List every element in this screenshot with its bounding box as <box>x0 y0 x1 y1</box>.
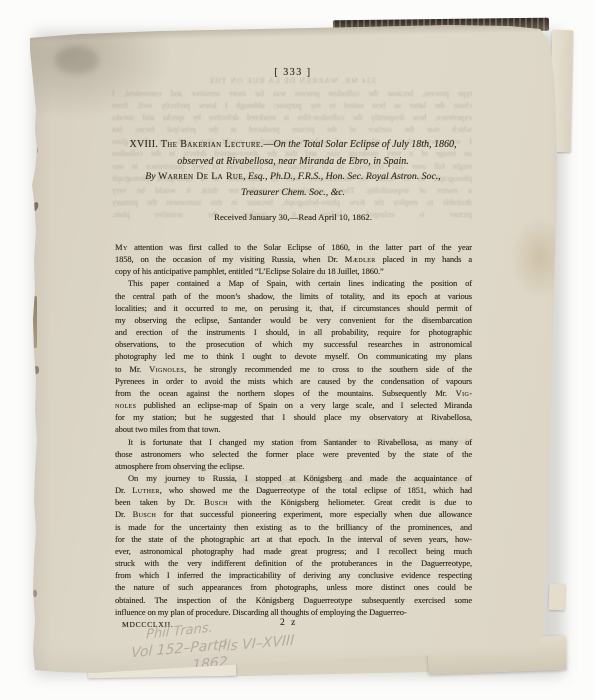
paper-stain <box>55 46 99 74</box>
bleedthrough-line: experience, how frequently the collodion… <box>112 112 472 124</box>
body-line: about two miles from that town. <box>115 423 472 435</box>
binding-stitch-mark <box>32 201 40 211</box>
body-line: observations, to the prosecution of whic… <box>115 338 472 350</box>
body-text: My attention was first called to the Sol… <box>115 241 472 618</box>
title-dash: — <box>264 139 274 150</box>
document-page: 334 MR. WARREN DE LA RUE ON THE type pro… <box>0 0 594 700</box>
body-line: to Mr. Vignoles, he strongly recommended… <box>115 363 472 375</box>
body-line: ever, astronomical photography had made … <box>115 545 472 557</box>
body-line: for my station; but he suggested that I … <box>115 411 472 423</box>
byline: By Warren De La Rue, Esq., Ph.D., F.R.S.… <box>108 169 478 200</box>
body-line: from the ocean against the northern slop… <box>115 387 472 399</box>
page-number: [ 333 ] <box>115 67 471 78</box>
binding-stitch-mark <box>33 590 37 597</box>
bleedthrough-line: type process, because the collodion proc… <box>112 88 472 100</box>
title-italic-2: observed at Rivabellosa, near Miranda de… <box>177 156 409 167</box>
body-line: for the state of the photographic art at… <box>115 533 472 545</box>
body-line: been taken by Dr. Busch with the Königsb… <box>115 496 472 508</box>
byline-line-1: By Warren De La Rue, Esq., Ph.D., F.R.S.… <box>108 169 478 185</box>
body-line: My attention was first called to the Sol… <box>115 241 472 253</box>
body-line: those astronomers who selected the forme… <box>115 448 472 460</box>
body-line: copy of his anticipative pamphlet, entit… <box>115 265 472 277</box>
bleedthrough-line: chose the latter as best suited to my pu… <box>112 100 472 112</box>
body-line: 1858, on the occasion of my visiting Rus… <box>115 253 472 265</box>
body-line: struck with the very indifferent definit… <box>115 557 472 569</box>
bleedthrough-line: which mar the surface of the picture pro… <box>112 124 472 136</box>
body-line: Pyrenees in order to avoid the mists whi… <box>115 375 472 387</box>
lecture-label: The Bakerian Lecture. <box>161 139 264 150</box>
photo-background: 334 MR. WARREN DE LA RUE ON THE type pro… <box>0 0 594 700</box>
signature-mark: 2 z <box>280 618 297 628</box>
body-line: atmosphere from observing the eclipse. <box>115 460 472 472</box>
body-line: It is fortunate that I changed my statio… <box>115 436 472 448</box>
title-italic-1: On the Total Solar Eclipse of July 18th,… <box>274 139 457 150</box>
body-line: is made for the uncertainty then existin… <box>115 521 472 533</box>
body-line: noles published an eclipse-map of Spain … <box>115 399 472 411</box>
body-line: On my journey to Russia, I stopped at Kö… <box>115 472 472 484</box>
body-line: obtained. The inspection of the Königsbe… <box>115 594 472 606</box>
received-read-dates: Received January 30,—Read April 10, 1862… <box>115 212 471 222</box>
pencil-note-plates: Pls VI–XVIII <box>218 633 295 656</box>
body-line: my observing the eclipse, Santander woul… <box>115 314 472 326</box>
author-titles-2: Treasurer Chem. Soc., &c. <box>241 187 345 198</box>
body-line: Dr. Busch for that successful pioneering… <box>115 508 472 520</box>
body-line: Dr. Luther, who showed me the Daguerreot… <box>115 484 472 496</box>
byline-line-2: Treasurer Chem. Soc., &c. <box>108 185 478 201</box>
body-line: and erection of the instruments I should… <box>115 326 472 338</box>
body-line: This paper contained a Map of Spain, wit… <box>115 277 472 289</box>
author-name: Warren De La Rue <box>158 171 243 182</box>
article-title: XVIII. The Bakerian Lecture.—On the Tota… <box>108 136 478 170</box>
by-word: By <box>145 171 155 182</box>
body-line: the nature of such appearances from phot… <box>115 581 472 593</box>
body-line: photography led me to think I ought to d… <box>115 350 472 362</box>
underlying-page-edge <box>549 584 566 611</box>
author-titles: , Esq., Ph.D., F.R.S., Hon. Sec. Royal A… <box>243 171 441 182</box>
title-line-1: XVIII. The Bakerian Lecture.—On the Tota… <box>108 136 478 153</box>
body-line: from which I inferred the impracticabili… <box>115 569 472 581</box>
body-line: influence on my plan of procedure. Disca… <box>115 606 472 618</box>
article-number: XVIII. <box>129 139 158 150</box>
title-line-2: observed at Rivabellosa, near Miranda de… <box>108 153 478 170</box>
body-line: localities; and it occurred to me, on pe… <box>115 302 472 314</box>
body-line: the central path of the moon’s shadow, t… <box>115 290 472 302</box>
